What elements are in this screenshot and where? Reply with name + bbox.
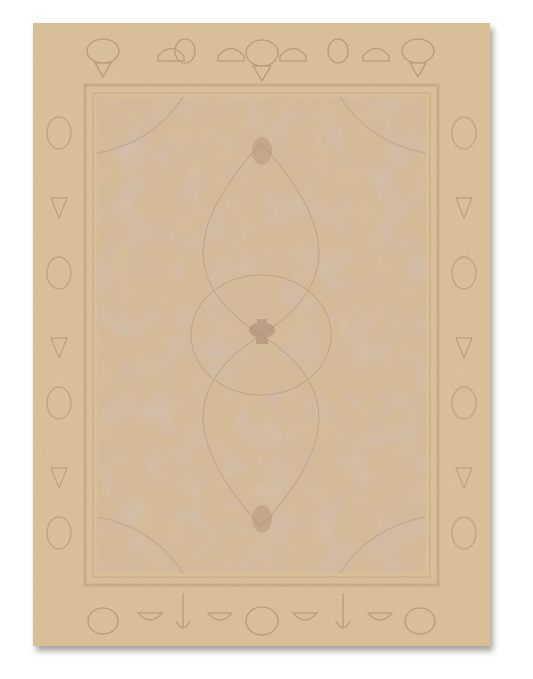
rug-photo — [33, 23, 490, 646]
rug-pattern — [33, 23, 490, 646]
